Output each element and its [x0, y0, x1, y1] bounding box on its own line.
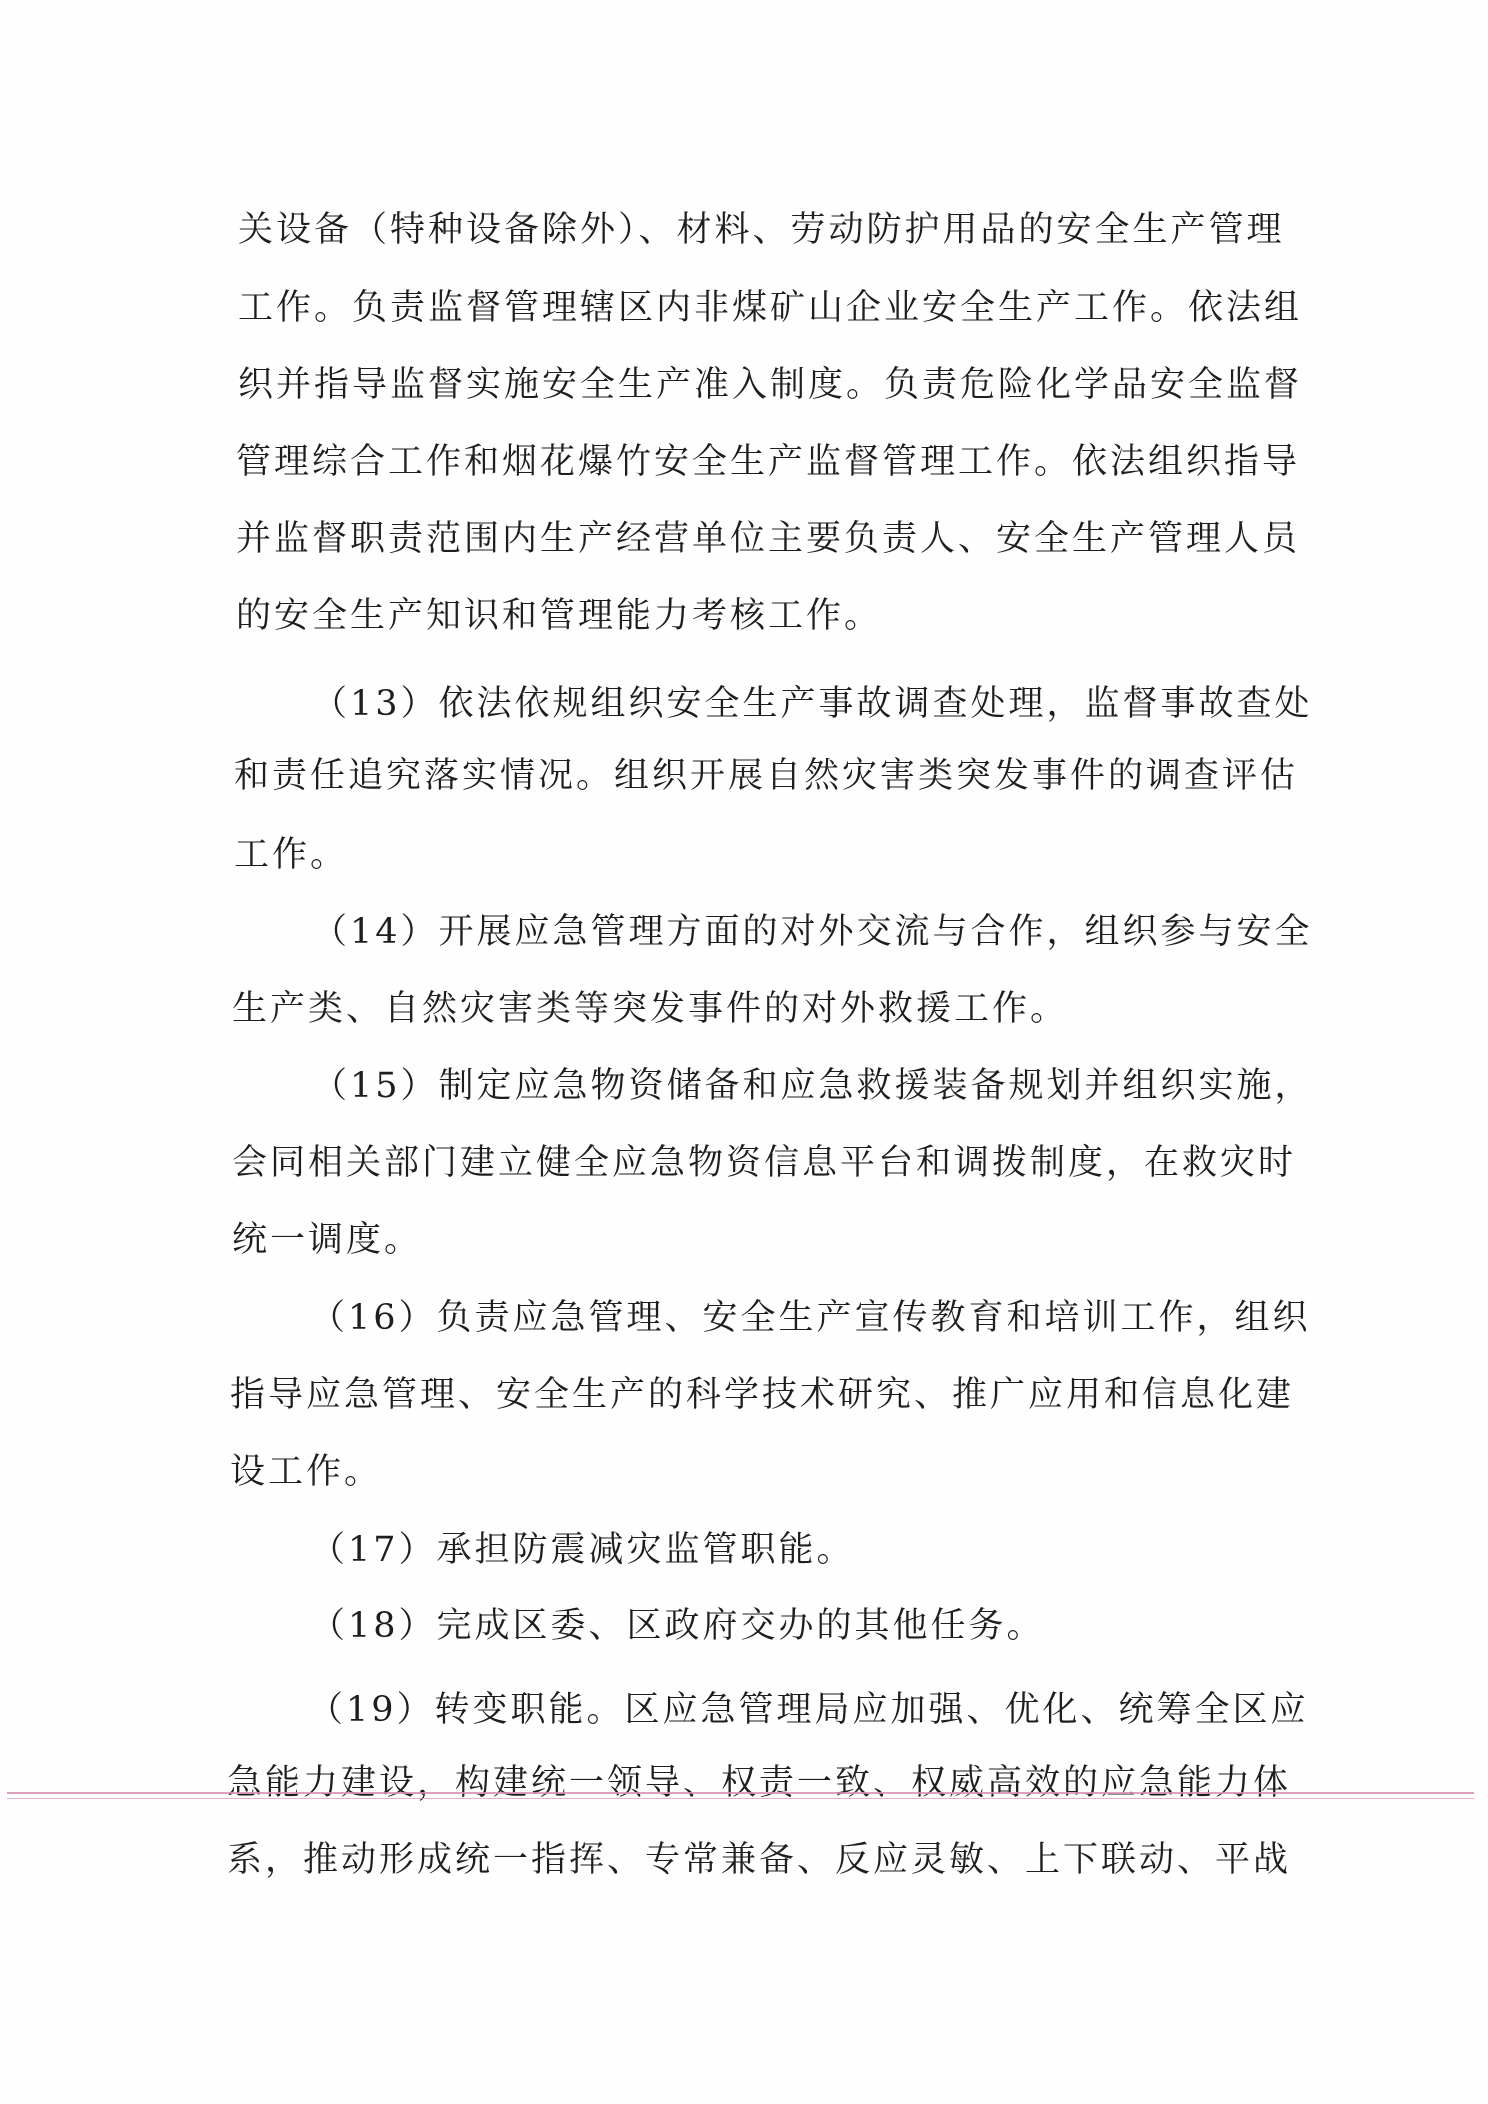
text-line: 指导应急管理、安全生产的科学技术研究、推广应用和信息化建 — [230, 1375, 1294, 1415]
pink-margin-rule-bottom — [7, 1798, 1474, 1799]
text-line: 织并指导监督实施安全生产准入制度。负责危险化学品安全监督 — [238, 365, 1302, 405]
text-line: 管理综合工作和烟花爆竹安全生产监督管理工作。依法组织指导 — [236, 442, 1300, 482]
text-line: （15）制定应急物资储备和应急救援装备规划并组织实施， — [312, 1066, 1313, 1106]
text-line: 工作。负责监督管理辖区内非煤矿山企业安全生产工作。依法组 — [238, 288, 1302, 328]
text-line: 关设备（特种设备除外）、材料、劳动防护用品的安全生产管理 — [238, 210, 1285, 250]
pink-margin-rule-top — [7, 1792, 1474, 1794]
text-line: 系，推动形成统一指挥、专常兼备、反应灵敏、上下联动、平战 — [227, 1840, 1291, 1880]
text-line: （17）承担防震减灾监管职能。 — [310, 1530, 855, 1570]
text-line: 急能力建设，构建统一领导、权责一致、权威高效的应急能力体 — [227, 1763, 1291, 1803]
text-line: （19）转变职能。区应急管理局应加强、优化、统筹全区应 — [308, 1690, 1309, 1730]
text-line: 统一调度。 — [232, 1220, 422, 1260]
text-line: 设工作。 — [230, 1452, 382, 1492]
scanned-document-page: 关设备（特种设备除外）、材料、劳动防护用品的安全生产管理工作。负责监督管理辖区内… — [0, 0, 1488, 2104]
text-line: 并监督职责范围内生产经营单位主要负责人、安全生产管理人员 — [236, 519, 1300, 559]
text-line: 的安全生产知识和管理能力考核工作。 — [236, 596, 882, 636]
text-line: 工作。 — [234, 835, 348, 875]
text-line: 会同相关部门建立健全应急物资信息平台和调拨制度，在救灾时 — [232, 1143, 1296, 1183]
text-line: （18）完成区委、区政府交办的其他任务。 — [310, 1606, 1045, 1646]
text-line: （16）负责应急管理、安全生产宣传教育和培训工作，组织 — [310, 1298, 1311, 1338]
text-line: 生产类、自然灾害类等突发事件的对外救援工作。 — [232, 989, 1068, 1029]
text-line: 和责任追究落实情况。组织开展自然灾害类突发事件的调查评估 — [234, 756, 1298, 796]
text-line: （14）开展应急管理方面的对外交流与合作，组织参与安全 — [312, 912, 1313, 952]
text-line: （13）依法依规组织安全生产事故调查处理，监督事故查处 — [312, 684, 1313, 724]
